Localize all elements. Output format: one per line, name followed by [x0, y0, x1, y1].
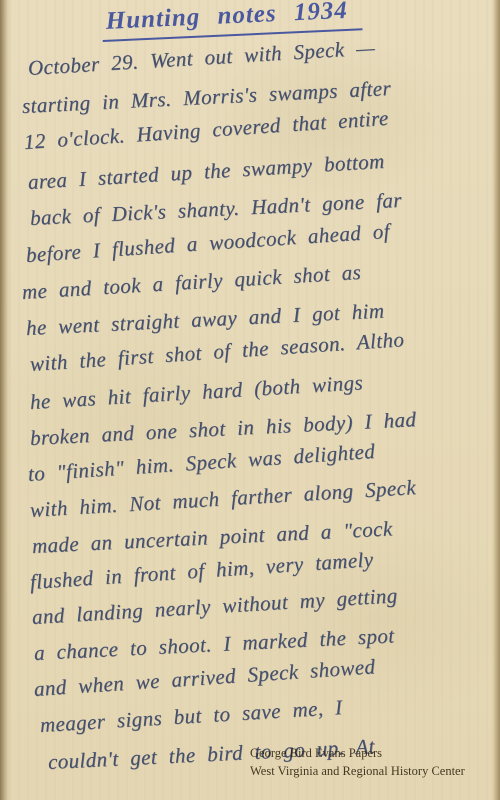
archive-watermark: George Bird Evans Papers West Virginia a…	[250, 744, 465, 780]
handwritten-line: me and took a fairly quick shot as	[21, 260, 362, 305]
page-edge-left	[0, 0, 11, 800]
watermark-line-2: West Virginia and Regional History Cente…	[250, 762, 465, 780]
page-edge-right	[491, 0, 500, 800]
handwritten-line: October 29. Went out with Speck —	[27, 35, 376, 81]
manuscript-page: Hunting notes 1934 October 29. Went out …	[0, 0, 500, 800]
handwritten-line: meager signs but to save me, I	[39, 695, 343, 738]
handwritten-line: area I started up the swampy bottom	[27, 149, 385, 195]
handwritten-line: he was hit fairly hard (both wings	[29, 370, 363, 415]
page-title: Hunting notes 1934	[101, 0, 363, 42]
watermark-line-1: George Bird Evans Papers	[250, 744, 465, 762]
